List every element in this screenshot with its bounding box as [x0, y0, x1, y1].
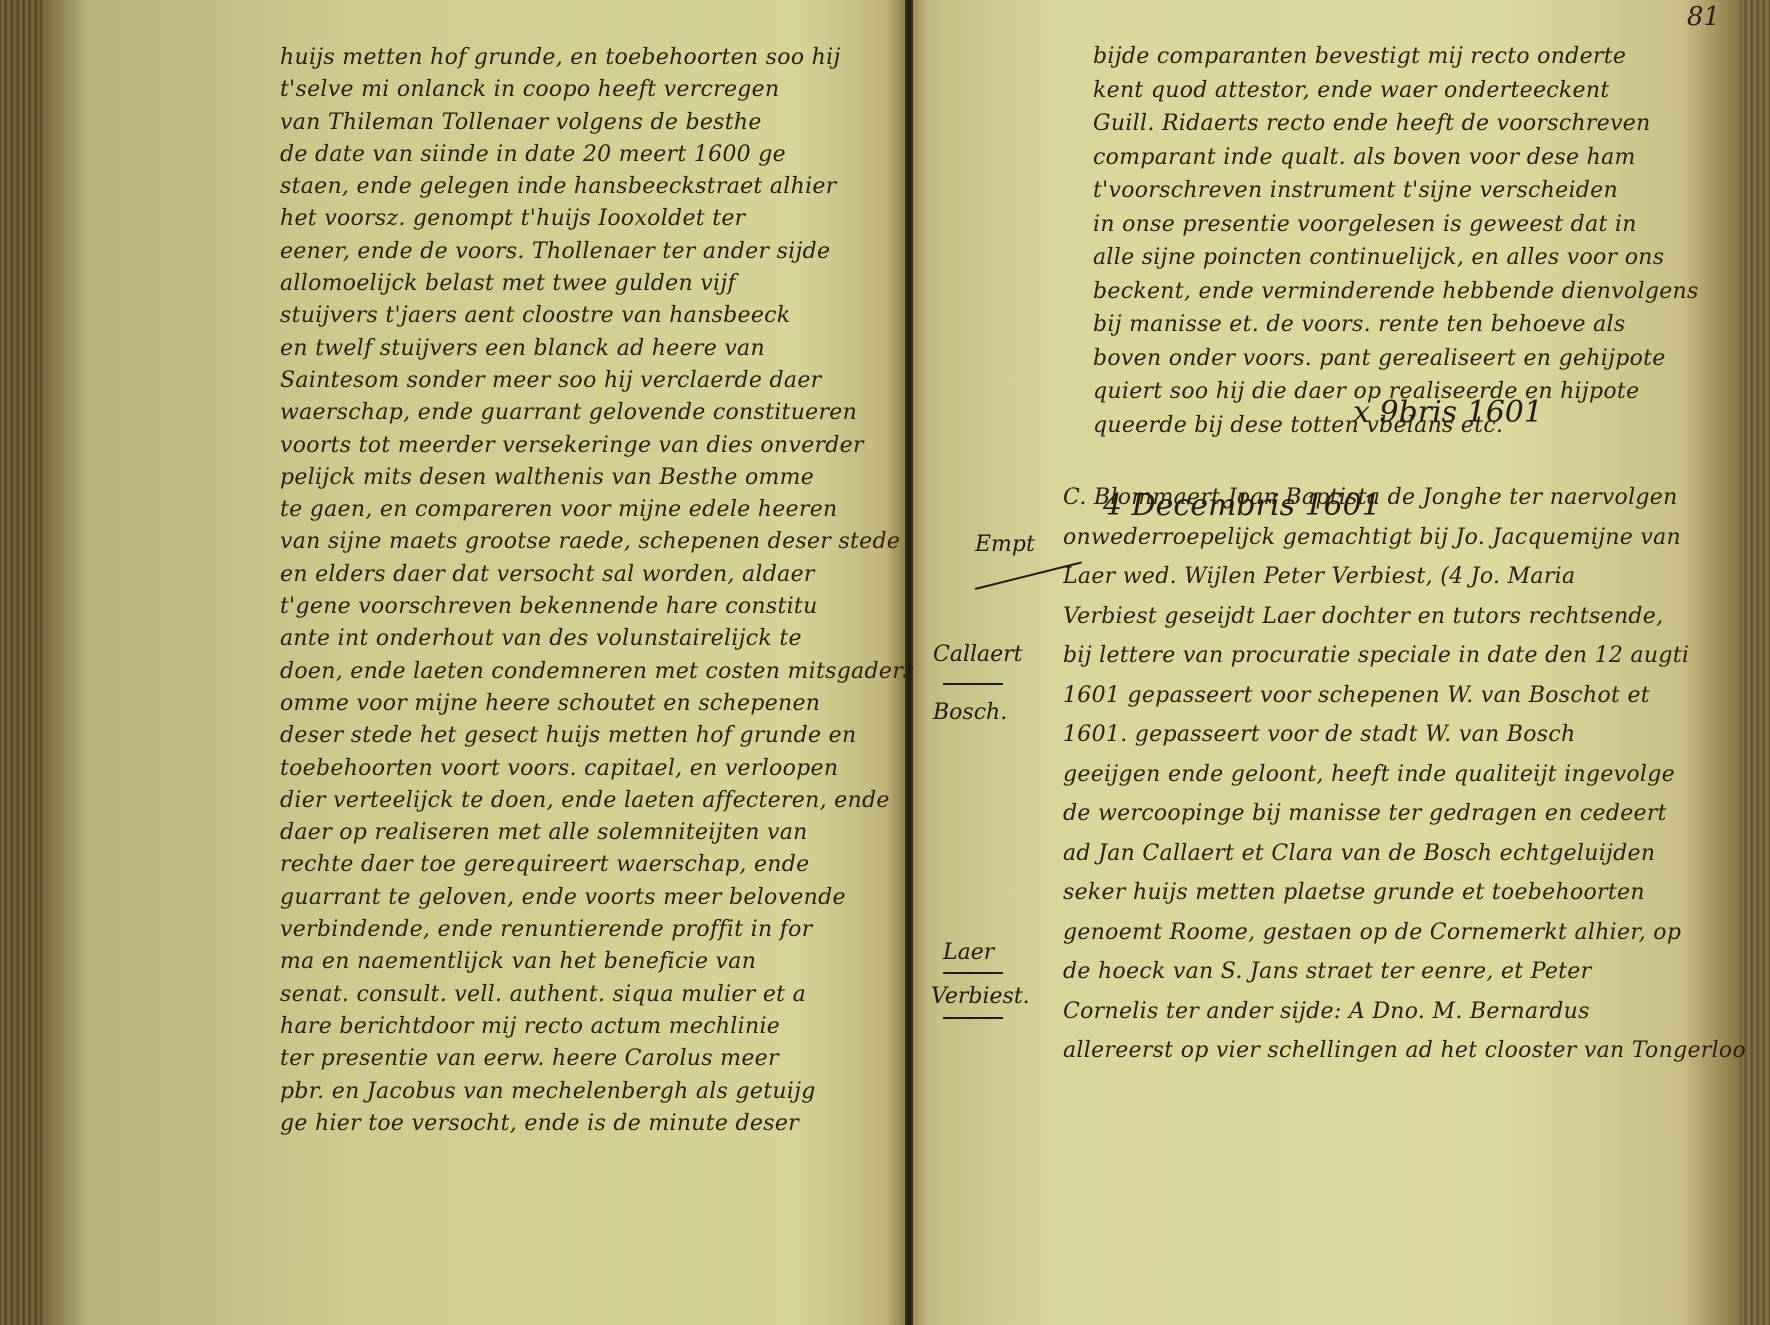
manuscript-line: dier verteelijck te doen, ende laeten af… — [280, 785, 840, 817]
manuscript-line: voorts tot meerder versekeringe van dies… — [280, 430, 840, 462]
manuscript-line: beckent, ende verminderende hebbende die… — [1093, 275, 1673, 309]
manuscript-line: senat. consult. vell. authent. siqua mul… — [280, 979, 840, 1011]
manuscript-line: kent quod attestor, ende waer onderteeck… — [1093, 74, 1673, 108]
manuscript-line: bijde comparanten bevestigt mij recto on… — [1093, 40, 1673, 74]
manuscript-line: Cornelis ter ander sijde: A Dno. M. Bern… — [1063, 992, 1663, 1032]
manuscript-line: 1601 gepasseert voor schepenen W. van Bo… — [1063, 676, 1663, 716]
manuscript-line: hare berichtdoor mij recto actum mechlin… — [280, 1011, 840, 1043]
book-edge-right — [1740, 0, 1770, 1325]
manuscript-line: pbr. en Jacobus van mechelenbergh als ge… — [280, 1076, 840, 1108]
book-gutter — [905, 0, 913, 1325]
manuscript-line: 1601. gepasseert voor de stadt W. van Bo… — [1063, 715, 1663, 755]
page-number: 81 — [1687, 2, 1720, 32]
manuscript-line: van sijne maets grootse raede, schepenen… — [280, 526, 840, 558]
margin-rule — [943, 972, 1003, 974]
left-page-text: huijs metten hof grunde, en toebehoorten… — [280, 42, 840, 1140]
manuscript-line: daer op realiseren met alle solemniteijt… — [280, 817, 840, 849]
manuscript-line: geeijgen ende geloont, heeft inde qualit… — [1063, 755, 1663, 795]
manuscript-line: Laer wed. Wijlen Peter Verbiest, (4 Jo. … — [1063, 557, 1663, 597]
manuscript-line: het voorsz. genompt t'huijs Iooxoldet te… — [280, 203, 840, 235]
manuscript-line: seker huijs metten plaetse grunde et toe… — [1063, 873, 1663, 913]
manuscript-line: t'voorschreven instrument t'sijne versch… — [1093, 174, 1673, 208]
manuscript-line: allomoelijck belast met twee gulden vijf — [280, 268, 840, 300]
manuscript-line: de date van siinde in date 20 meert 1600… — [280, 139, 840, 171]
manuscript-line: stuijvers t'jaers aent cloostre van hans… — [280, 300, 840, 332]
right-page-upper-text: bijde comparanten bevestigt mij recto on… — [1093, 40, 1673, 442]
margin-rule — [943, 1017, 1003, 1019]
manuscript-line: toebehoorten voort voors. capitael, en v… — [280, 753, 840, 785]
margin-note-emptor: Empt — [975, 532, 1035, 557]
manuscript-line: C. Blommaert Joan Baptista de Jonghe ter… — [1063, 478, 1663, 518]
manuscript-line: verbindende, ende renuntierende proffit … — [280, 914, 840, 946]
manuscript-line: de wercoopinge bij manisse ter gedragen … — [1063, 794, 1663, 834]
manuscript-line: ante int onderhout van des volunstaireli… — [280, 623, 840, 655]
manuscript-line: Verbiest geseijdt Laer dochter en tutors… — [1063, 597, 1663, 637]
manuscript-line: de hoeck van S. Jans straet ter eenre, e… — [1063, 952, 1663, 992]
manuscript-line: bij manisse et. de voors. rente ten beho… — [1093, 308, 1673, 342]
manuscript-line: guarrant te geloven, ende voorts meer be… — [280, 882, 840, 914]
manuscript-line: boven onder voors. pant gerealiseert en … — [1093, 342, 1673, 376]
right-page-lower-text: C. Blommaert Joan Baptista de Jonghe ter… — [1063, 478, 1663, 1071]
manuscript-spread: huijs metten hof grunde, en toebehoorten… — [0, 0, 1770, 1325]
entry-date: x 9bris 1601 — [1353, 395, 1543, 430]
margin-note-bosch: Bosch. — [933, 700, 1007, 725]
manuscript-line: t'gene voorschreven bekennende hare cons… — [280, 591, 840, 623]
right-page: 81 bijde comparanten bevestigt mij recto… — [913, 0, 1740, 1325]
manuscript-line: ma en naementlijck van het beneficie van — [280, 946, 840, 978]
manuscript-line: bij lettere van procuratie speciale in d… — [1063, 636, 1663, 676]
margin-note-laer: Laer — [943, 940, 994, 965]
manuscript-line: genoemt Roome, gestaen op de Cornemerkt … — [1063, 913, 1663, 953]
manuscript-line: ter presentie van eerw. heere Carolus me… — [280, 1043, 840, 1075]
margin-note-verbiest: Verbiest. — [931, 984, 1030, 1009]
manuscript-line: ad Jan Callaert et Clara van de Bosch ec… — [1063, 834, 1663, 874]
manuscript-line: comparant inde qualt. als boven voor des… — [1093, 141, 1673, 175]
manuscript-line: t'selve mi onlanck in coopo heeft vercre… — [280, 74, 840, 106]
manuscript-line: rechte daer toe gerequireert waerschap, … — [280, 849, 840, 881]
manuscript-line: eener, ende de voors. Thollenaer ter and… — [280, 236, 840, 268]
manuscript-line: waerschap, ende guarrant gelovende const… — [280, 397, 840, 429]
manuscript-line: doen, ende laeten condemneren met costen… — [280, 656, 840, 688]
manuscript-line: allereerst op vier schellingen ad het cl… — [1063, 1031, 1663, 1071]
manuscript-line: van Thileman Tollenaer volgens de besthe — [280, 107, 840, 139]
margin-rule — [943, 683, 1003, 685]
book-edge-left — [0, 0, 42, 1325]
manuscript-line: alle sijne poincten continuelijck, en al… — [1093, 241, 1673, 275]
manuscript-line: omme voor mijne heere schoutet en schepe… — [280, 688, 840, 720]
manuscript-line: in onse presentie voorgelesen is geweest… — [1093, 208, 1673, 242]
manuscript-line: staen, ende gelegen inde hansbeeckstraet… — [280, 171, 840, 203]
manuscript-line: en twelf stuijvers een blanck ad heere v… — [280, 333, 840, 365]
manuscript-line: onwederroepelijck gemachtigt bij Jo. Jac… — [1063, 518, 1663, 558]
margin-note-callaert: Callaert — [933, 642, 1023, 667]
manuscript-line: pelijck mits desen walthenis van Besthe … — [280, 462, 840, 494]
manuscript-line: ge hier toe versocht, ende is de minute … — [280, 1108, 840, 1140]
manuscript-line: deser stede het gesect huijs metten hof … — [280, 720, 840, 752]
manuscript-line: te gaen, en compareren voor mijne edele … — [280, 494, 840, 526]
left-page: huijs metten hof grunde, en toebehoorten… — [42, 0, 905, 1325]
manuscript-line: Saintesom sonder meer soo hij verclaerde… — [280, 365, 840, 397]
manuscript-line: en elders daer dat versocht sal worden, … — [280, 559, 840, 591]
manuscript-line: huijs metten hof grunde, en toebehoorten… — [280, 42, 840, 74]
manuscript-line: Guill. Ridaerts recto ende heeft de voor… — [1093, 107, 1673, 141]
